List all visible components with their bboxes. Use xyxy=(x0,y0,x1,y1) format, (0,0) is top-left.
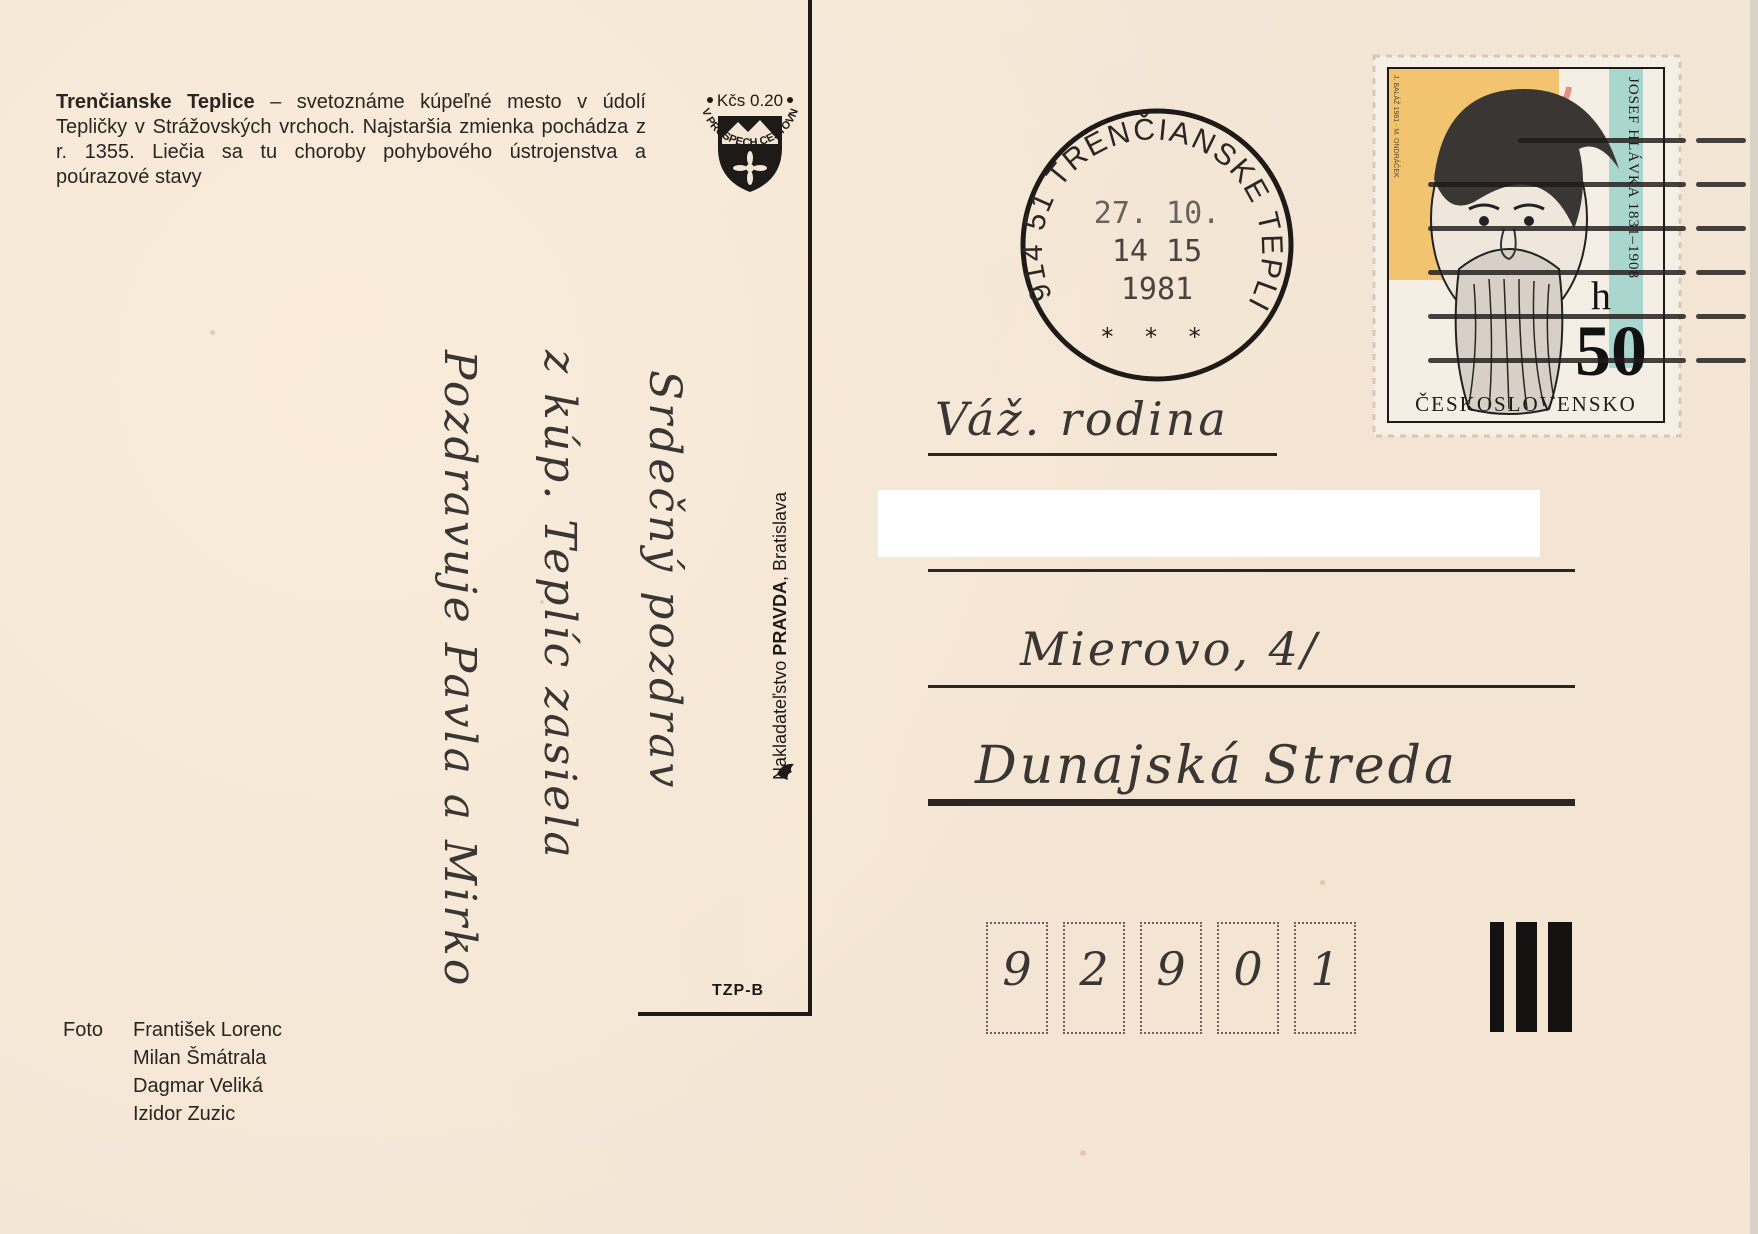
svg-text:27. 10.: 27. 10. xyxy=(1094,196,1220,231)
divider-horizontal xyxy=(638,1012,812,1016)
address-rule-2 xyxy=(928,569,1575,572)
publisher-prefix: Nakladateľstvo xyxy=(770,656,790,780)
postal-code-box: 0 xyxy=(1217,922,1279,1034)
intro-text: Trenčianske Teplice – svetoznáme kúpeľné… xyxy=(56,90,646,190)
cancellation-line xyxy=(1696,314,1746,319)
credit-name: Dagmar Veliká xyxy=(133,1072,263,1100)
credit-name: Milan Šmátrala xyxy=(133,1044,266,1072)
product-code: TZP-B xyxy=(712,982,764,1000)
cancellation-line xyxy=(1428,358,1686,363)
cancellation-line xyxy=(1428,314,1686,319)
credit-name: František Lorenc xyxy=(133,1016,282,1044)
postal-code-box: 2 xyxy=(1063,922,1125,1034)
publisher-text: Nakladateľstvo PRAVDA, Bratislava xyxy=(770,492,791,780)
tourism-logo: Kčs 0.20 V PROSPECH CESTOVNÉHO RUCHU xyxy=(688,88,812,206)
cancellation-line xyxy=(1696,138,1746,143)
postal-digit: 2 xyxy=(1065,942,1123,996)
stamp-value: 50 xyxy=(1575,315,1647,387)
cancellation-line xyxy=(1428,270,1686,275)
sorting-bar xyxy=(1490,922,1504,1032)
photo-credits: FotoFrantišek Lorenc Milan Šmátrala Dagm… xyxy=(63,1016,282,1128)
credits-label: Foto xyxy=(63,1016,133,1044)
postal-digit: 9 xyxy=(988,942,1046,996)
paper-speck xyxy=(1320,880,1325,885)
publisher-name: PRAVDA xyxy=(770,581,790,656)
address-line-1: Váž. rodina xyxy=(935,392,1229,446)
postal-digit: 0 xyxy=(1219,942,1277,996)
svg-text:Kčs 0.20: Kčs 0.20 xyxy=(717,91,783,110)
cancellation-line xyxy=(1428,226,1686,231)
address-rule-4 xyxy=(928,799,1575,806)
divider-vertical xyxy=(808,0,812,1016)
handwritten-message-line: Pozdravuje Pavla a Mirko xyxy=(434,350,485,988)
postal-digit: 9 xyxy=(1142,942,1200,996)
sorting-bar xyxy=(1548,922,1572,1032)
publisher-city: , Bratislava xyxy=(770,492,790,581)
handwritten-message-line: Srdečný pozdrav xyxy=(639,370,690,790)
cancellation-line xyxy=(1428,182,1686,187)
cancellation-line xyxy=(1518,138,1686,143)
postal-code-box: 1 xyxy=(1294,922,1356,1034)
credit-name: Izidor Zuzic xyxy=(133,1100,235,1128)
town-title: Trenčianske Teplice xyxy=(56,91,255,113)
stamp-person-name: JOSEF HLÁVKA 1831–1908 xyxy=(1624,77,1641,279)
cancellation-line xyxy=(1696,226,1746,231)
postal-digit: 1 xyxy=(1296,942,1354,996)
stamp-frame: J. BALÁŽ 1981 · M. ONDRÁČEK JOSEF HLÁVKA… xyxy=(1387,67,1665,423)
cancellation-line xyxy=(1696,182,1746,187)
stamp-country: ČESKOSLOVENSKO xyxy=(1389,392,1663,417)
postmark: 914 51 TRENČIANSKE TEPLICE 27. 10. 14 15… xyxy=(1017,105,1297,385)
redacted-address-line xyxy=(878,490,1540,557)
mountain-edelweiss-shield-icon: Kčs 0.20 V PROSPECH CESTOVNÉHO RUCHU xyxy=(688,88,812,206)
address-line-4: Dunajská Streda xyxy=(975,736,1458,796)
svg-text:* * *: * * * xyxy=(1101,323,1212,351)
cancellation-line xyxy=(1696,358,1746,363)
paper-speck xyxy=(1080,1150,1086,1156)
cancellation-line xyxy=(1696,270,1746,275)
svg-text:1981: 1981 xyxy=(1121,272,1193,307)
address-rule-3 xyxy=(928,685,1575,688)
address-line-3: Mierovo, 4/ xyxy=(1020,622,1319,676)
stamp-designer-text: J. BALÁŽ 1981 · M. ONDRÁČEK xyxy=(1392,75,1399,178)
svg-text:14 15: 14 15 xyxy=(1112,234,1202,269)
address-rule-1 xyxy=(928,453,1277,456)
postal-code-box: 9 xyxy=(986,922,1048,1034)
postage-stamp: J. BALÁŽ 1981 · M. ONDRÁČEK JOSEF HLÁVKA… xyxy=(1368,50,1686,442)
postal-code-box: 9 xyxy=(1140,922,1202,1034)
postcard-back: Trenčianske Teplice – svetoznáme kúpeľné… xyxy=(0,0,1750,1234)
handwritten-message-line: z kúp. Teplíc zasiela xyxy=(534,350,585,861)
paper-speck xyxy=(210,330,215,335)
sorting-bar xyxy=(1516,922,1537,1032)
